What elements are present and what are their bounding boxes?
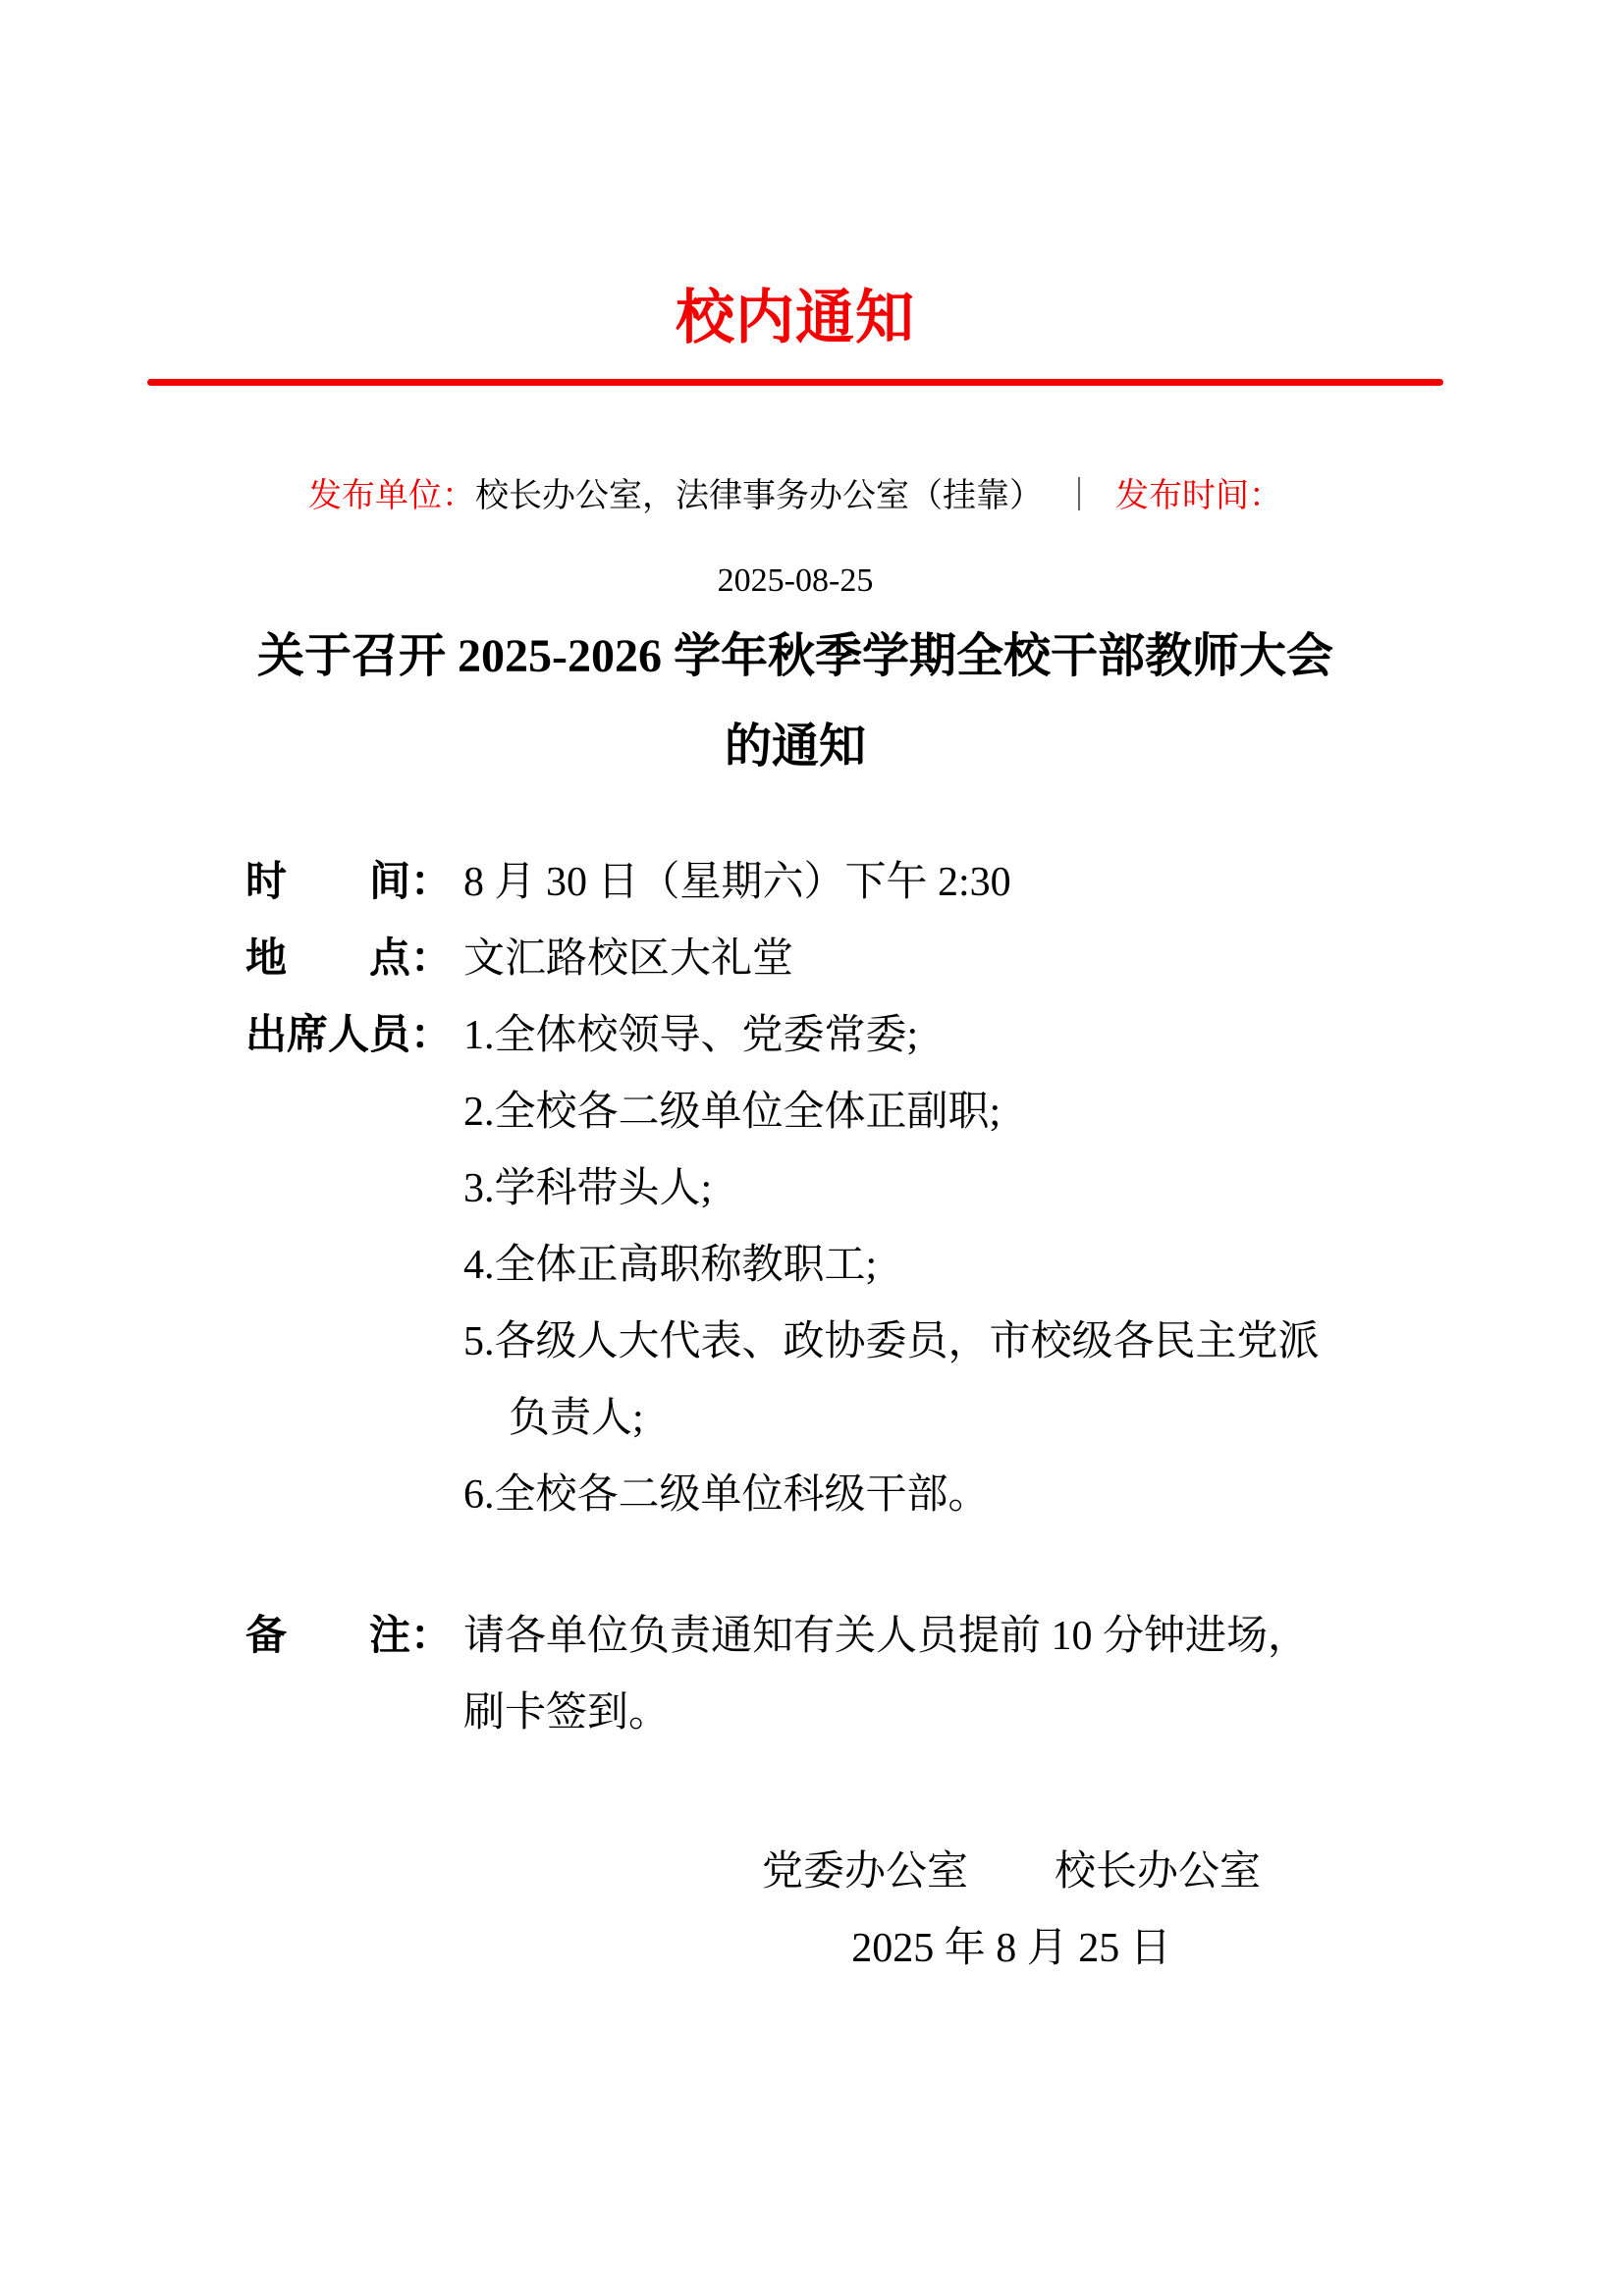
attendee-row: 5.各级人大代表、政协委员，市校级各民主党派 [245, 1304, 1443, 1380]
signature-org-2: 校长办公室 [1055, 1834, 1261, 1910]
field-label-place: 地 点： [245, 921, 452, 997]
field-row-place: 地 点： 文汇路校区大礼堂 [245, 921, 1443, 997]
attendee-item: 2.全校各二级单位全体正副职; [463, 1074, 1001, 1150]
field-value-place: 文汇路校区大礼堂 [463, 921, 793, 997]
attendee-item: 4.全体正高职称教职工; [463, 1227, 877, 1304]
doc-body: 时 间： 8 月 30 日（星期六）下午 2:30 地 点： 文汇路校区大礼堂 … [245, 844, 1443, 1751]
meta-separator: ｜ [1062, 478, 1096, 514]
doc-title-line2: 的通知 [147, 702, 1443, 792]
field-row-remark: 备 注： 请各单位负责通知有关人员提前 10 分钟进场， [245, 1598, 1443, 1675]
attendee-row: 4.全体正高职称教职工; [245, 1227, 1443, 1304]
doc-title: 关于召开 2025-2026 学年秋季学期全校干部教师大会 的通知 [147, 612, 1443, 792]
attendee-row: 6.全校各二级单位科级干部。 [245, 1457, 1443, 1533]
attendee-row: 3.学科带头人; [245, 1150, 1443, 1227]
publish-date: 2025-08-25 [147, 561, 1443, 602]
signature-date: 2025 年 8 月 25 日 [579, 1910, 1443, 1987]
signature-org-1: 党委办公室 [762, 1834, 968, 1910]
attendee-item-continuation: 负责人; [509, 1380, 644, 1457]
notice-page: 校内通知 发布单位：校长办公室，法律事务办公室（挂靠）｜发布时间： 2025-0… [0, 0, 1624, 2296]
signature-orgs: 党委办公室 校长办公室 [579, 1834, 1443, 1910]
remark-line2: 刷卡签到。 [463, 1675, 670, 1751]
field-label-remark: 备 注： [245, 1598, 452, 1675]
field-label-time: 时 间： [245, 844, 452, 921]
publisher-label: 发布单位： [308, 478, 475, 514]
publish-time-label: 发布时间： [1115, 478, 1282, 514]
publisher-value: 校长办公室，法律事务办公室（挂靠） [475, 478, 1043, 514]
signature-block: 党委办公室 校长办公室 2025 年 8 月 25 日 [147, 1834, 1443, 1987]
doc-title-line1: 关于召开 2025-2026 学年秋季学期全校干部教师大会 [147, 612, 1443, 702]
field-label-attendees: 出席人员： [245, 997, 452, 1074]
attendee-row: 2.全校各二级单位全体正副职; [245, 1074, 1443, 1150]
section-gap [245, 1533, 1443, 1598]
page-content: 校内通知 发布单位：校长办公室，法律事务办公室（挂靠）｜发布时间： 2025-0… [0, 0, 1624, 1987]
attendee-row-wrap: 负责人; [245, 1380, 1443, 1457]
attendee-item: 3.学科带头人; [463, 1150, 712, 1227]
remark-line1: 请各单位负责通知有关人员提前 10 分钟进场， [463, 1598, 1309, 1675]
attendee-item: 1.全体校领导、党委常委; [463, 997, 918, 1074]
remark-row-wrap: 刷卡签到。 [245, 1675, 1443, 1751]
meta-line: 发布单位：校长办公室，法律事务办公室（挂靠）｜发布时间： [147, 476, 1443, 517]
field-row-time: 时 间： 8 月 30 日（星期六）下午 2:30 [245, 844, 1443, 921]
attendee-item: 6.全校各二级单位科级干部。 [463, 1457, 990, 1533]
banner-title: 校内通知 [147, 283, 1443, 353]
attendee-item: 5.各级人大代表、政协委员，市校级各民主党派 [463, 1304, 1320, 1380]
field-value-time: 8 月 30 日（星期六）下午 2:30 [463, 844, 1011, 921]
field-row-attendees: 出席人员： 1.全体校领导、党委常委; [245, 997, 1443, 1074]
red-divider-rule [147, 379, 1443, 386]
